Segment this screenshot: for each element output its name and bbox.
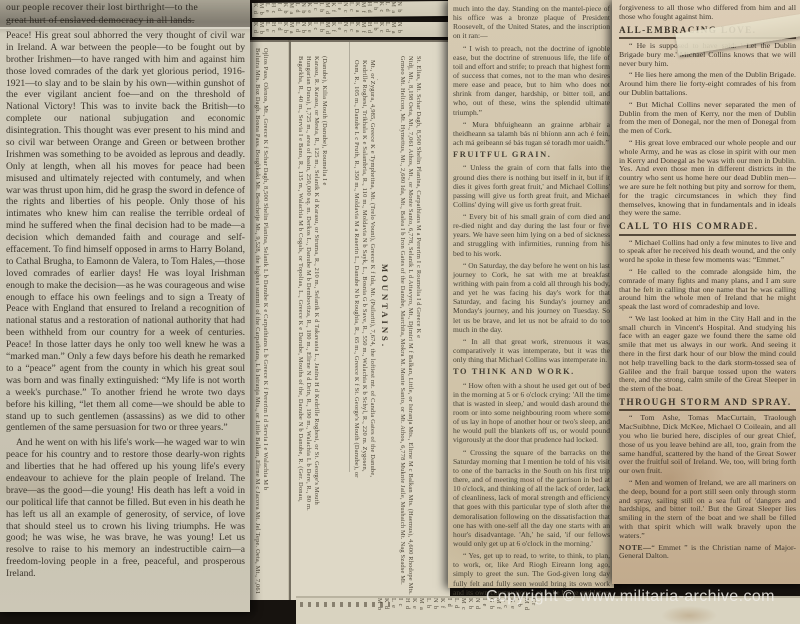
paragraph: “ We last looked at him in the City Hall… xyxy=(619,315,796,394)
clipping-left: our people recover their lost birthright… xyxy=(0,0,250,612)
atlas-column-d: Grmeo Mt. Helicon, Mt. Hymettus, Mt., 2,… xyxy=(398,56,448,596)
paragraph: “ On Saturday, the day before he went on… xyxy=(453,261,610,334)
paragraph: “ But Michal Collins never separated the… xyxy=(619,101,796,136)
paragraph: “ Every bit of his small grain of corn d… xyxy=(453,212,610,258)
page-fore-edge: K d M b L e H c I d K b M a L d N b K e … xyxy=(252,22,448,37)
clipping-middle: much into the day. Standing on the mante… xyxy=(448,0,614,588)
page-fore-edge: K d M b L e H c I d K b M a L d N b K e … xyxy=(252,1,448,18)
atlas-column-b: Bagarkha, R., 40 m., Servia I e Bano, R.… xyxy=(296,56,346,526)
atlas-column-c: Osm, R., 105 m., Danube L c Pruth, R., 3… xyxy=(352,60,378,480)
paragraph: “ Men and women of Ireland, we are all m… xyxy=(619,479,796,541)
section-heading: THROUGH STORM AND SPRAY. xyxy=(619,397,796,411)
paragraph: “ He called to the comrade alongside him… xyxy=(619,268,796,312)
page-seam xyxy=(289,42,291,600)
scrapbook-photo: Belutra Mts. Boz Dagh. Bosna Pass. Bough… xyxy=(0,0,800,624)
paragraph: “ How often with a shout he used get out… xyxy=(453,381,610,445)
section-heading: CALL TO HIS COMRADE. xyxy=(619,221,796,235)
paragraph: Peace! His great soul abhorred the very … xyxy=(6,30,245,434)
section-heading: TO THINK AND WORK. xyxy=(453,367,610,377)
fold-crease: our people recover their lost birthright… xyxy=(0,0,250,29)
paragraph: “ In all that great work, strenuous it w… xyxy=(453,337,610,364)
clipping-left-text: Peace! His great soul abhorred the very … xyxy=(0,0,250,589)
atlas-column-a: Belutra Mts. Boz Dagh. Bosna Pass. Bough… xyxy=(253,48,287,596)
fold-line: our people recover their lost birthright… xyxy=(6,1,245,14)
paragraph: much into the day. Standing on the mante… xyxy=(453,4,610,41)
paragraph: “ I wish to preach, not the doctrine of … xyxy=(453,44,610,117)
section-heading: FRUITFUL GRAIN. xyxy=(453,150,610,160)
page-seam xyxy=(349,42,350,472)
paragraph: “ He lies here among the men of the Dubl… xyxy=(619,71,796,97)
paragraph: “ Mura bhfuigheann an grainne arbhair a … xyxy=(453,120,610,147)
watermark-text: Copyright © www.militaria-archive.com xyxy=(486,588,775,606)
paragraph: “ Crossing the square of the barracks on… xyxy=(453,448,610,549)
clipping-right: forgiveness to all those who differed fr… xyxy=(612,0,800,584)
paragraph: “ Tom Ashe, Tomas MacCurtain, Traolough … xyxy=(619,414,796,476)
note-label: NOTE— xyxy=(619,543,651,552)
clipping-middle-text: much into the day. Standing on the mante… xyxy=(448,0,614,613)
editor-note: NOTE—“ Emmet ” is the Christian name of … xyxy=(619,544,796,562)
fold-line: great hurt of enslaved democracy in all … xyxy=(6,14,245,27)
paragraph: “ Michael Collins had only a few minutes… xyxy=(619,239,796,265)
atlas-section-heading: MOUNTAINS. xyxy=(380,264,390,356)
paragraph: “ His great love embraced our whole peop… xyxy=(619,139,796,218)
paragraph: And he went on with his life's work—he w… xyxy=(6,437,245,580)
clipping-right-text: forgiveness to all those who differed fr… xyxy=(612,0,800,568)
paragraph: “ Unless the grain of corn that falls in… xyxy=(453,163,610,209)
atlas-index-page: Belutra Mts. Boz Dagh. Bosna Pass. Bough… xyxy=(250,40,450,600)
